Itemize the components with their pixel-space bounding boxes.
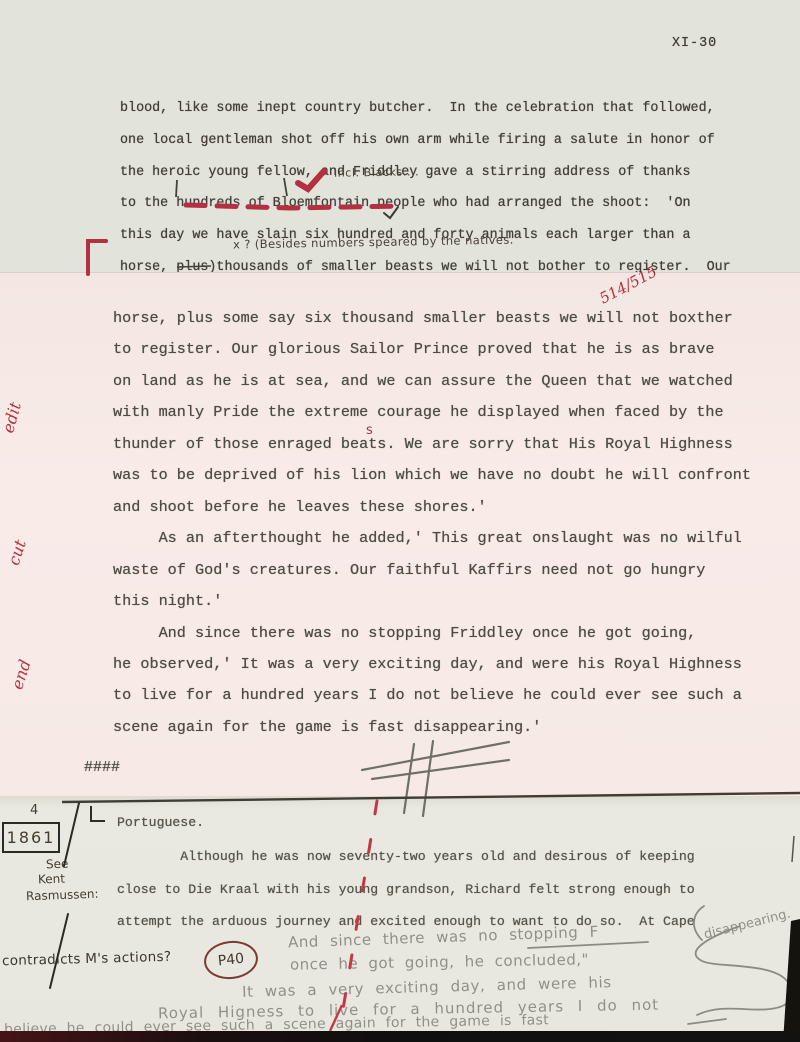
typed-line: with manly Pride the extreme courage he …	[113, 397, 751, 428]
typed-end-mark: ####	[84, 752, 120, 783]
typed-line: Portuguese.	[117, 807, 204, 840]
typed-line: to the hundreds of Bloemfontain people w…	[120, 188, 731, 220]
typed-line: to register. Our glorious Sailor Prince …	[113, 334, 751, 365]
typed-line: blood, like some inept country butcher. …	[120, 93, 731, 125]
page-number: XI-30	[672, 28, 717, 60]
pink-typed-paragraph: horse, plus some say six thousand smalle…	[113, 303, 751, 743]
typed-line: close to Die Kraal with his young grands…	[117, 874, 695, 907]
handwritten-incl-blacks-note: incl. Blacks....	[334, 165, 419, 179]
typed-line: on land as he is at sea, and we can assu…	[113, 366, 751, 397]
top-typed-paragraph: blood, like some inept country butcher. …	[120, 93, 731, 284]
typed-line: thunder of those enraged beats. We are s…	[113, 429, 751, 460]
typed-line: the heroic young fellow, and Friddley ga…	[120, 157, 731, 189]
typed-line: scene again for the game is fast disappe…	[113, 712, 751, 743]
margin-year-box: 1861	[2, 822, 60, 853]
typed-line: was to be deprived of his lion which we …	[113, 460, 751, 491]
typed-line: this night.'	[113, 586, 751, 617]
margin-see-note: Rasmussen:	[26, 887, 99, 904]
typed-line: one local gentleman shot off his own arm…	[120, 125, 731, 157]
typed-line: As an afterthought he added,' This great…	[113, 523, 751, 554]
typed-line: Although he was now seventy-two years ol…	[117, 841, 695, 874]
bottom-typed-paragraph: Although he was now seventy-two years ol…	[117, 841, 695, 939]
margin-see-note: Kent	[38, 872, 65, 887]
inserted-letter-s: s	[366, 423, 373, 438]
typed-line: and shoot before he leaves these shores.…	[113, 492, 751, 523]
margin-see-note: See	[46, 857, 69, 872]
typed-line: waste of God's creatures. Our faithful K…	[113, 555, 751, 586]
typed-line: to live for a hundred years I do not bel…	[113, 680, 751, 711]
typed-line: And since there was no stopping Friddley…	[113, 618, 751, 649]
manuscript-scan: XI-30 blood, like some inept country but…	[0, 0, 800, 1042]
typed-line: horse, plus some say six thousand smalle…	[113, 303, 751, 334]
top-sheet: XI-30 blood, like some inept country but…	[0, 0, 800, 272]
typed-line: he observed,' It was a very exciting day…	[113, 649, 751, 680]
margin-number: 4	[30, 803, 38, 818]
